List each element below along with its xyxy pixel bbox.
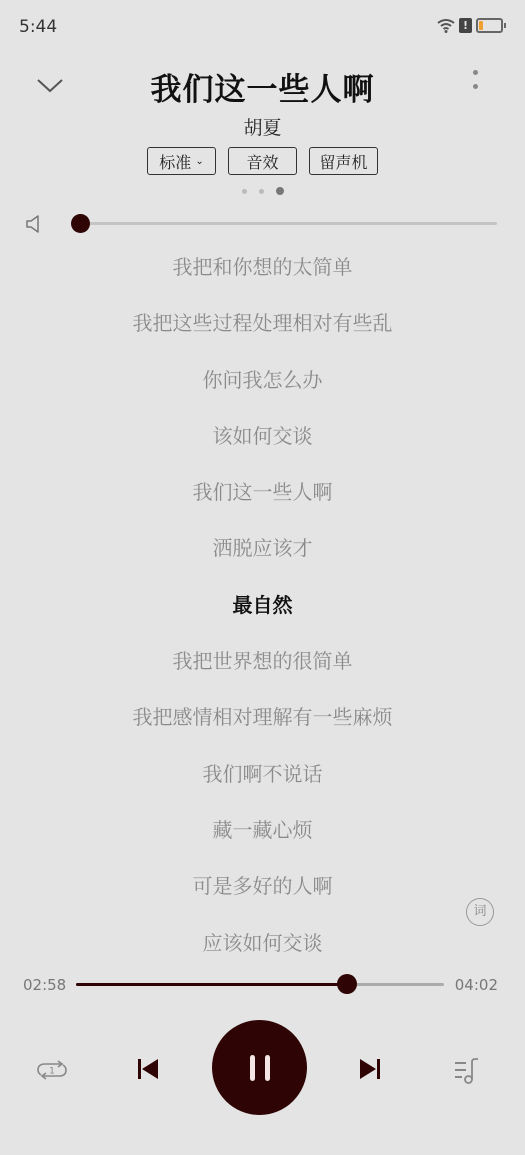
pause-button[interactable] xyxy=(212,1020,307,1115)
lyrics-toggle-button[interactable]: 词 xyxy=(466,898,494,926)
wifi-icon xyxy=(437,18,455,33)
volume-slider-track[interactable] xyxy=(80,222,497,225)
progress-slider-thumb[interactable] xyxy=(337,974,357,994)
progress-slider-fill xyxy=(76,983,347,986)
vinyl-mode-button[interactable]: 留声机 xyxy=(309,147,378,175)
more-vertical-icon xyxy=(473,70,478,75)
pause-icon xyxy=(245,1053,275,1083)
playlist-music-icon xyxy=(452,1056,484,1086)
chevron-down-icon: ⌄ xyxy=(195,156,203,167)
page-dot[interactable] xyxy=(259,189,264,194)
battery-level xyxy=(479,21,483,30)
sim-alert-icon: ! xyxy=(459,18,472,33)
lyric-line[interactable]: 洒脱应该才 xyxy=(0,529,525,585)
battery-low-icon xyxy=(476,18,503,33)
svg-text:1: 1 xyxy=(49,1067,55,1077)
volume-control xyxy=(0,210,525,238)
playlist-button[interactable] xyxy=(448,1054,488,1088)
page-dot[interactable] xyxy=(242,189,247,194)
sound-options: 标准 ⌄ 音效 留声机 xyxy=(0,147,525,175)
next-track-button[interactable] xyxy=(352,1053,388,1085)
status-bar: 5:44 ! xyxy=(0,0,525,56)
vinyl-mode-label: 留声机 xyxy=(319,150,367,173)
lyric-line[interactable]: 我把世界想的很简单 xyxy=(0,642,525,698)
page-indicator xyxy=(0,187,525,195)
lyric-line[interactable]: 我把感情相对理解有一些麻烦 xyxy=(0,698,525,754)
song-title: 我们这一些人啊 xyxy=(0,64,525,109)
repeat-one-button[interactable]: 1 xyxy=(30,1056,74,1084)
progress-slider-track[interactable] xyxy=(76,983,444,986)
playback-controls: 1 xyxy=(0,1020,525,1115)
total-time: 04:02 xyxy=(455,976,498,994)
artist-name[interactable]: 胡夏 xyxy=(0,113,525,140)
sound-effects-button[interactable]: 音效 xyxy=(228,147,297,175)
skip-next-icon xyxy=(358,1057,382,1081)
status-icons: ! xyxy=(437,18,503,33)
lyric-line[interactable]: 藏一藏心烦 xyxy=(0,811,525,867)
repeat-one-icon: 1 xyxy=(35,1057,69,1083)
volume-slider-thumb[interactable] xyxy=(71,214,90,233)
sound-effects-label: 音效 xyxy=(246,150,278,173)
more-vertical-icon-dot xyxy=(473,84,478,89)
lyric-line[interactable]: 你问我怎么办 xyxy=(0,361,525,417)
quality-label: 标准 xyxy=(159,150,191,173)
player-header: 我们这一些人啊 xyxy=(0,56,525,116)
elapsed-time: 02:58 xyxy=(23,976,66,994)
quality-dropdown[interactable]: 标准 ⌄ xyxy=(147,147,216,175)
lyric-line[interactable]: 我们这一些人啊 xyxy=(0,473,525,529)
more-options-button[interactable] xyxy=(465,70,485,100)
page-dot-active[interactable] xyxy=(276,187,284,195)
lyric-line-current[interactable]: 最自然 xyxy=(0,586,525,642)
lyric-line[interactable]: 我把和你想的太简单 xyxy=(0,248,525,304)
lyrics-panel[interactable]: 我把和你想的太简单我把这些过程处理相对有些乱你问我怎么办该如何交谈我们这一些人啊… xyxy=(0,248,525,980)
speaker-icon[interactable] xyxy=(25,214,43,234)
lyric-line[interactable]: 我们啊不说话 xyxy=(0,755,525,811)
previous-track-button[interactable] xyxy=(130,1053,166,1085)
skip-previous-icon xyxy=(136,1057,160,1081)
lyric-line[interactable]: 该如何交谈 xyxy=(0,417,525,473)
playback-progress: 02:58 04:02 xyxy=(0,970,525,1000)
status-time: 5:44 xyxy=(19,17,57,37)
lyric-line[interactable]: 可是多好的人啊 xyxy=(0,867,525,923)
lyric-line[interactable]: 我把这些过程处理相对有些乱 xyxy=(0,304,525,360)
